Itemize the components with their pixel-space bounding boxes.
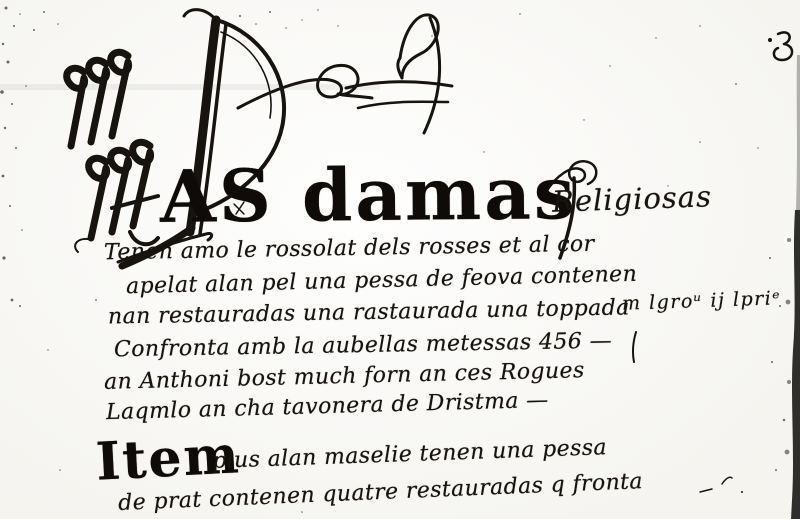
stray-pen-tick <box>633 332 636 362</box>
initial-letter-text: L <box>168 10 175 21</box>
scan-edge-shadow <box>785 55 800 519</box>
pen-trial-monogram <box>67 52 158 244</box>
bottom-marks <box>700 477 743 493</box>
corner-mark <box>768 32 792 60</box>
heading-suffix: Religiosas <box>551 179 712 219</box>
manuscript-page: L AS damas Religiosas Tenen amo le rosso… <box>0 0 800 519</box>
heading-main: AS damas <box>160 150 578 239</box>
quill-flourish-large <box>346 15 452 133</box>
